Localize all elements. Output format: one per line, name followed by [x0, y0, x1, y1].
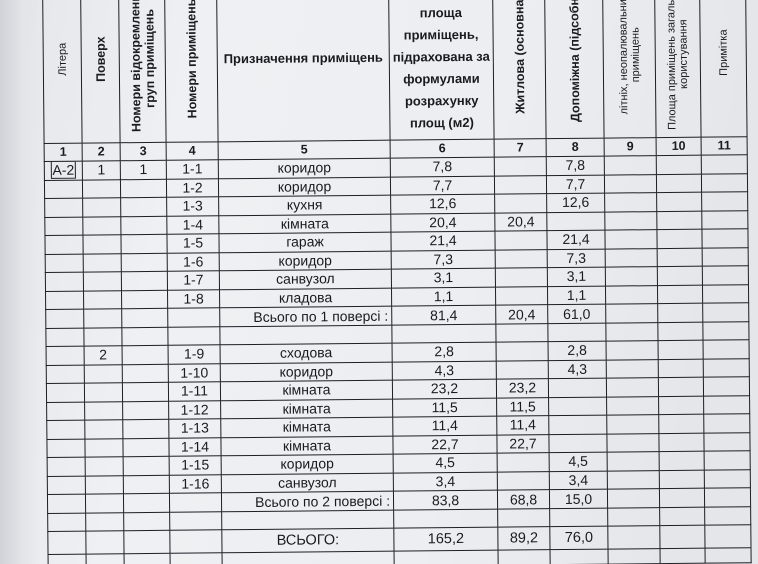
- total-area: 3,4: [393, 472, 497, 491]
- column-number: 2: [82, 143, 120, 161]
- auxiliary-area: 3,4: [549, 471, 607, 490]
- grand-total-area: 165,2: [394, 527, 498, 551]
- total-area: 12,6: [391, 194, 495, 213]
- grand-total-living-area: 89,2: [498, 527, 550, 550]
- auxiliary-area: [547, 212, 605, 231]
- header-group-numbers: Номери відокремлених груп приміщень: [119, 0, 167, 143]
- room-purpose: коридор: [219, 251, 391, 271]
- auxiliary-area: 1,1: [547, 286, 605, 305]
- total-area: 4,5: [393, 453, 497, 472]
- paper-fold-shadow: [0, 0, 40, 564]
- header-room-numbers: Номери приміщень: [164, 0, 218, 142]
- total-area: 11,4: [393, 416, 497, 435]
- total-area: 2,8: [392, 342, 496, 361]
- total-area: 23,2: [392, 379, 496, 398]
- total-area: 7,3: [391, 250, 495, 269]
- living-area: [495, 286, 547, 305]
- header-row: Літера Поверх Номери відокремлених груп …: [43, 0, 748, 143]
- column-number: 5: [218, 140, 390, 160]
- total-area: 11,5: [393, 398, 497, 417]
- header-purpose: Призначення приміщень: [216, 0, 390, 142]
- living-area: [495, 231, 547, 250]
- room-purpose: коридор: [221, 454, 393, 474]
- room-number: 1-15: [169, 456, 221, 475]
- subtotal-total-area: 83,8: [393, 490, 497, 510]
- column-number: 10: [656, 137, 701, 155]
- total-area: 4,3: [392, 361, 496, 380]
- column-number: 3: [120, 142, 166, 160]
- column-number: 7: [494, 139, 546, 157]
- column-number: 11: [701, 137, 747, 155]
- living-area: [495, 268, 547, 287]
- room-purpose: сходова: [220, 343, 392, 363]
- room-number: 1-5: [167, 234, 219, 253]
- living-area: [494, 175, 546, 194]
- total-area: 22,7: [393, 435, 497, 454]
- group-cell: 1: [120, 160, 166, 179]
- total-area: 20,4: [391, 213, 495, 232]
- room-purpose: санвузол: [219, 269, 391, 289]
- room-purpose: коридор: [218, 177, 390, 197]
- living-area: [494, 157, 546, 176]
- living-area: [495, 194, 547, 213]
- column-number: 8: [546, 138, 604, 157]
- auxiliary-area: 4,5: [549, 452, 607, 471]
- room-area-table: Літера Поверх Номери відокремлених груп …: [42, 0, 752, 564]
- room-number: 1-16: [169, 474, 221, 493]
- subtotal-auxiliary-area: 61,0: [548, 304, 606, 324]
- header-floor: Поверх: [81, 0, 121, 143]
- auxiliary-area: 21,4: [547, 230, 605, 249]
- column-number: 4: [166, 142, 218, 160]
- room-purpose: кімната: [221, 399, 393, 419]
- room-purpose: коридор: [220, 362, 392, 382]
- room-number: 1-8: [167, 289, 219, 308]
- living-area: [495, 249, 547, 268]
- room-number: 1-4: [167, 215, 219, 234]
- room-purpose: кімната: [221, 417, 393, 437]
- subtotal-auxiliary-area: 15,0: [549, 489, 607, 509]
- subtotal-total-area: 81,4: [392, 305, 496, 325]
- room-purpose: коридор: [218, 158, 390, 178]
- header-litera: Літера: [43, 0, 83, 143]
- room-number: 1-14: [169, 437, 221, 456]
- auxiliary-area: 7,8: [546, 156, 604, 175]
- auxiliary-area: 7,3: [547, 249, 605, 268]
- grand-total-auxiliary-area: 76,0: [550, 526, 608, 550]
- subtotal-living-area: 20,4: [496, 305, 548, 324]
- room-purpose: санвузол: [221, 473, 393, 493]
- column-number: 1: [44, 143, 82, 161]
- room-number: 1-1: [166, 160, 218, 179]
- floor-cell: 2: [84, 346, 122, 365]
- auxiliary-area: 4,3: [548, 360, 606, 379]
- room-number: 1-13: [169, 419, 221, 438]
- room-number: 1-10: [168, 363, 220, 382]
- auxiliary-area: [548, 378, 606, 397]
- header-unheated-area: літніх, неопалювальних приміщень: [602, 0, 656, 138]
- room-number: 1-11: [168, 382, 220, 401]
- total-area: 3,1: [391, 268, 495, 287]
- room-purpose: кімната: [220, 380, 392, 400]
- living-area: [497, 453, 549, 472]
- living-area: 22,7: [497, 434, 549, 453]
- column-number: 6: [390, 139, 494, 158]
- subtotal-label: Всього по 2 поверсі :: [221, 491, 393, 512]
- room-number: 1-12: [169, 400, 221, 419]
- room-purpose: гараж: [219, 232, 391, 252]
- subtotal-label: Всього по 1 поверсі :: [220, 306, 392, 327]
- auxiliary-area: [549, 434, 607, 453]
- auxiliary-area: 3,1: [547, 267, 605, 286]
- header-note: Примітка: [699, 0, 747, 137]
- document-photo: Літера Поверх Номери відокремлених груп …: [0, 0, 758, 564]
- room-purpose: кімната: [219, 214, 391, 234]
- room-purpose: кімната: [221, 436, 393, 456]
- litera-cell: А-2: [44, 161, 82, 180]
- living-area: [496, 342, 548, 361]
- total-area: 1,1: [391, 287, 495, 306]
- total-area: 7,7: [390, 176, 494, 195]
- auxiliary-area: [549, 415, 607, 434]
- living-area: 11,5: [497, 397, 549, 416]
- total-area: 7,8: [390, 157, 494, 176]
- living-area: 11,4: [497, 416, 549, 435]
- room-number: 1-9: [168, 345, 220, 364]
- header-total-area: Загальна площа приміщень, підрахована за…: [388, 0, 494, 140]
- grand-total-label: ВСЬОГО:: [222, 528, 394, 553]
- header-common-area: Площа приміщень загального користування: [654, 0, 701, 138]
- living-area: [497, 471, 549, 490]
- auxiliary-area: [549, 397, 607, 416]
- room-number: 1-6: [167, 252, 219, 271]
- auxiliary-area: 12,6: [547, 193, 605, 212]
- living-area: 23,2: [496, 379, 548, 398]
- room-number: 1-3: [167, 197, 219, 216]
- room-purpose: кладова: [219, 288, 391, 308]
- living-area: [496, 360, 548, 379]
- column-number: 9: [604, 138, 656, 156]
- auxiliary-area: 7,7: [546, 175, 604, 194]
- header-living-area: Житлова (основна): [492, 0, 546, 139]
- auxiliary-area: 2,8: [548, 341, 606, 360]
- room-purpose: кухня: [219, 195, 391, 215]
- living-area: 20,4: [495, 212, 547, 231]
- room-number: 1-7: [167, 271, 219, 290]
- subtotal-living-area: 68,8: [497, 490, 549, 509]
- total-area: 21,4: [391, 231, 495, 250]
- floor-cell: 1: [82, 161, 120, 180]
- header-auxiliary-area: Допоміжна (підсобна): [544, 0, 604, 139]
- room-number: 1-2: [166, 178, 218, 197]
